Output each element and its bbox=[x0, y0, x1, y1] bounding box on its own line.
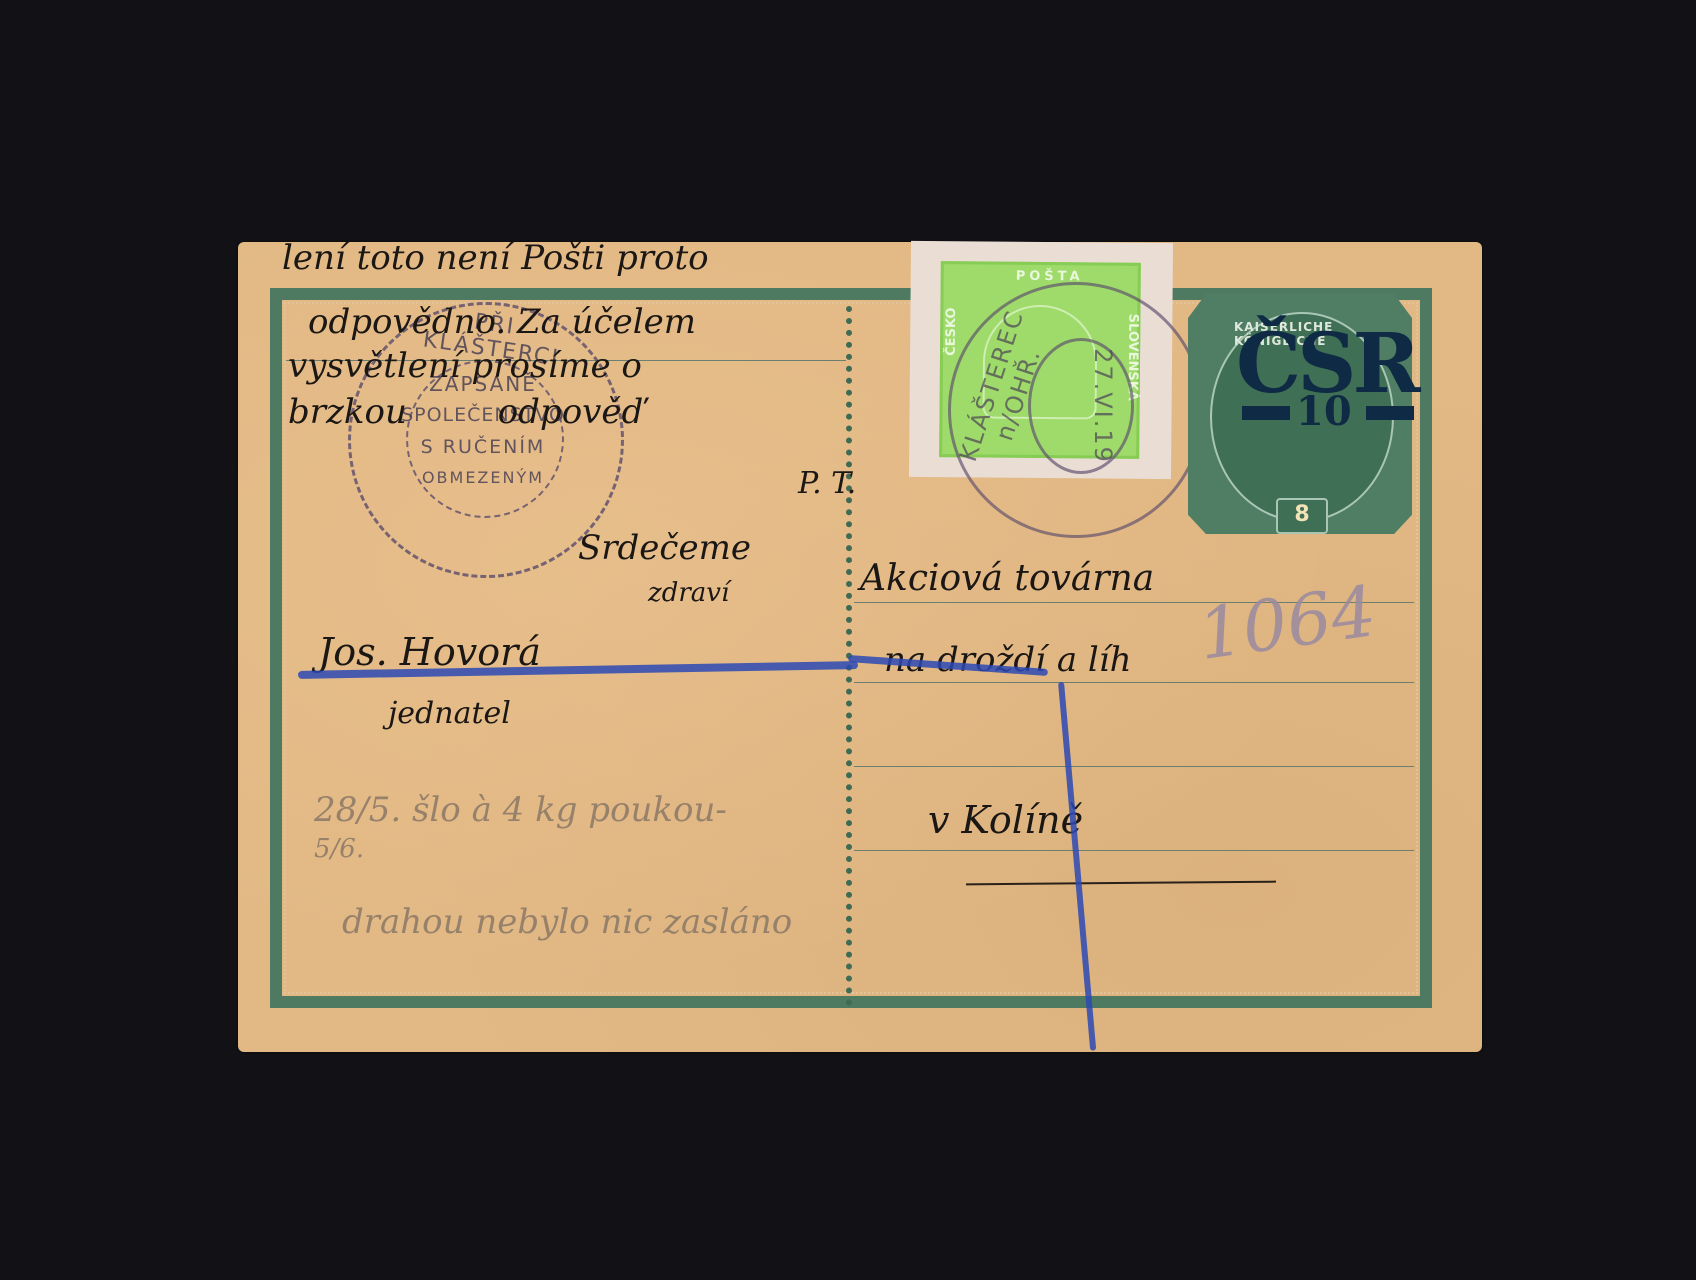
imprint-value: 8 bbox=[1276, 498, 1328, 534]
address-line bbox=[854, 766, 1414, 767]
overprint-bar-left bbox=[1242, 406, 1290, 420]
message-line-3: vysvětlení prosíme o bbox=[288, 346, 642, 386]
address-line-3: v Kolíně bbox=[928, 798, 1083, 842]
postmark-date: 27.VI.19 bbox=[1089, 341, 1117, 471]
address-line bbox=[854, 682, 1414, 683]
postcard: PŘI KLÁŠTERCI ZAPSANÉ SPOLEČENSTVO S RUČ… bbox=[238, 242, 1482, 1052]
pencil-note-2: 5/6. bbox=[314, 834, 364, 864]
address-line bbox=[854, 850, 1414, 851]
address-line-1: Akciová továrna bbox=[860, 558, 1154, 599]
overprint-new-value: 10 bbox=[1296, 388, 1352, 435]
overprint-bar-right bbox=[1366, 406, 1414, 420]
address-salutation: P. T. bbox=[798, 466, 856, 501]
closing: Srdečeme bbox=[578, 528, 751, 568]
message-line-1: lení toto není Pošti proto bbox=[282, 238, 709, 278]
signature-title: jednatel bbox=[388, 696, 511, 731]
closing-2: zdraví bbox=[648, 578, 729, 608]
pencil-note-3: drahou nebylo nic zasláno bbox=[342, 902, 792, 942]
pencil-note-1: 28/5. šlo à 4 kg poukou- bbox=[314, 790, 727, 830]
stamp-left-label: ČESKO bbox=[944, 307, 959, 355]
message-line-2: odpovědno. Za účelem bbox=[308, 302, 696, 342]
message-line-4: brzkou odpověď bbox=[288, 392, 643, 432]
cachet-line-4: OBMEZENÝM bbox=[388, 468, 578, 487]
cachet-line-3: S RUČENÍM bbox=[388, 436, 578, 458]
